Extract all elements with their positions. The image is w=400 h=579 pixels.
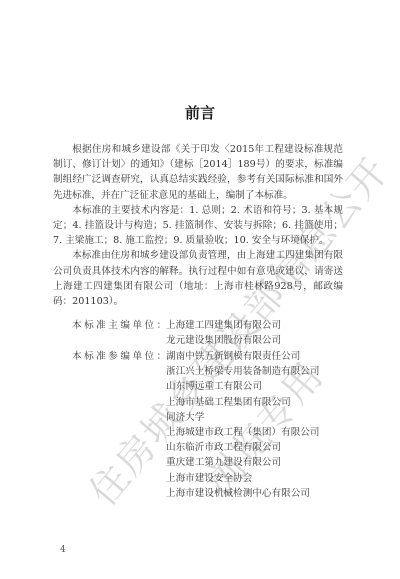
unit-item: 上海市建设安全协会: [166, 471, 320, 486]
page-number: 4: [60, 545, 66, 555]
paragraph-contents: 本标准的主要技术内容是：1. 总则；2. 术语和符号；3. 基本规定；4. 挂篮…: [53, 203, 343, 249]
participating-units-block: 本标准参编单位： 湖南中铁五新钢模有限责任公司 浙江兴土桥梁专用装备制造有限公司…: [53, 349, 353, 501]
unit-item: 上海市建设机械检测中心有限公司: [166, 486, 320, 501]
document-page: 前言 根据住房和城乡建设部《关于印发〈2015年工程建设标准规范制订、修订计划〉…: [0, 0, 400, 579]
unit-item: 山东博远重工有限公司: [166, 379, 320, 394]
unit-item: 龙元建设集团股份有限公司: [166, 333, 281, 348]
title-char: 言: [200, 104, 241, 122]
participating-units-label: 本标准参编单位：: [53, 349, 166, 501]
unit-item: 湖南中铁五新钢模有限责任公司: [166, 349, 320, 364]
unit-item: 上海市基础工程集团有限公司: [166, 395, 320, 410]
page-title: 前言: [0, 102, 400, 123]
paragraph-basis: 根据住房和城乡建设部《关于印发〈2015年工程建设标准规范制订、修订计划〉的通知…: [53, 142, 343, 203]
unit-item: 上海建工四建集团有限公司: [166, 318, 281, 333]
unit-item: 上海城建市政工程（集团）有限公司: [166, 425, 320, 440]
preface-body: 根据住房和城乡建设部《关于印发〈2015年工程建设标准规范制订、修订计划〉的通知…: [53, 142, 343, 309]
unit-item: 同济大学: [166, 410, 320, 425]
unit-item: 山东临沂市政工程有限公司: [166, 440, 320, 455]
unit-item: 浙江兴土桥梁专用装备制造有限公司: [166, 364, 320, 379]
unit-item: 重庆建工第九建设有限公司: [166, 455, 320, 470]
paragraph-management: 本标准由住房和城乡建设部负责管理，由上海建工四建集团有限公司负责具体技术内容的解…: [53, 248, 343, 309]
chief-units-label: 本标准主编单位：: [53, 318, 166, 348]
chief-units-list: 上海建工四建集团有限公司 龙元建设集团股份有限公司: [166, 318, 281, 348]
chief-units-block: 本标准主编单位： 上海建工四建集团有限公司 龙元建设集团股份有限公司: [53, 318, 353, 348]
participating-units-list: 湖南中铁五新钢模有限责任公司 浙江兴土桥梁专用装备制造有限公司 山东博远重工有限…: [166, 349, 320, 501]
